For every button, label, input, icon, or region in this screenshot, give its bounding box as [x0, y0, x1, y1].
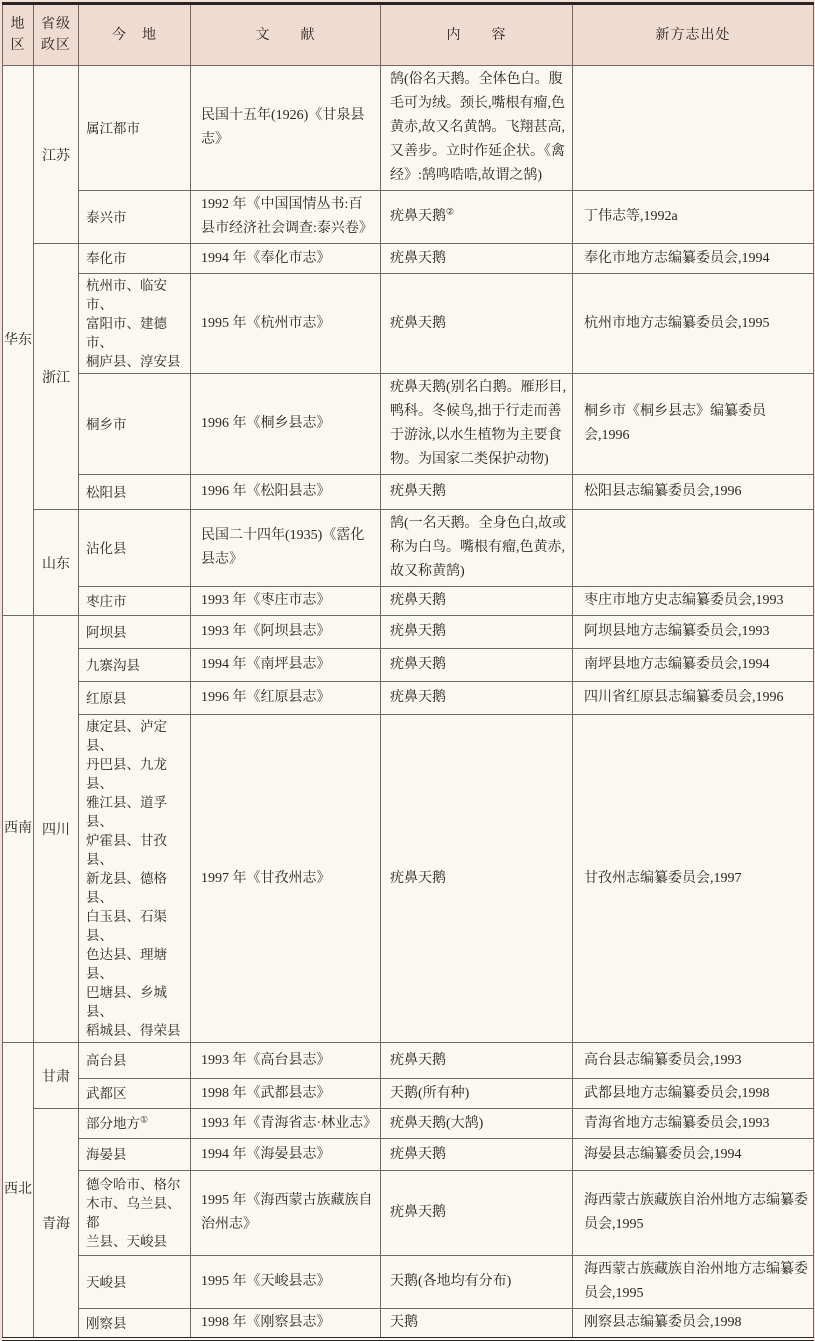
- content-cell: 天鹅(各地均有分布): [381, 1256, 573, 1309]
- source-cell: 甘孜州志编纂委员会,1997: [573, 715, 814, 1043]
- table-row: 西南 四川 阿坝县 1993 年《阿坝县志》 疣鼻天鹅 阿坝县地方志编纂委员会,…: [3, 616, 814, 649]
- place-cell: 天峻县: [79, 1256, 191, 1309]
- header-region: 地区: [3, 4, 34, 66]
- content-cell: 疣鼻天鹅: [381, 475, 573, 510]
- table-row: 康定县、泸定县、 丹巴县、九龙县、 雅江县、道孚县、 炉霍县、甘孜县、 新龙县、…: [3, 715, 814, 1043]
- place-cell: 高台县: [79, 1043, 191, 1079]
- header-row: 地区 省级政区 今 地 文 献 内 容 新方志出处: [3, 4, 814, 66]
- table-row: 红原县 1996 年《红原县志》 疣鼻天鹅 四川省红原县志编纂委员会,1996: [3, 682, 814, 715]
- content-cell: 天鹅: [381, 1309, 573, 1340]
- place-cell: 桐乡市: [79, 374, 191, 475]
- place-cell: 松阳县: [79, 475, 191, 510]
- content-cell: 疣鼻天鹅②: [381, 191, 573, 244]
- table-row: 德令哈市、格尔 木市、乌兰县、都 兰县、天峻县 1995 年《海西蒙古族藏族自治…: [3, 1171, 814, 1256]
- content-cell: 疣鼻天鹅: [381, 649, 573, 682]
- place-cell: 武都区: [79, 1079, 191, 1109]
- content-cell: 疣鼻天鹅: [381, 274, 573, 374]
- source-cell: 松阳县志编纂委员会,1996: [573, 475, 814, 510]
- literature-cell: 1994 年《奉化市志》: [191, 244, 381, 274]
- place-cell: 枣庄市: [79, 587, 191, 616]
- place-cell: 刚察县: [79, 1309, 191, 1340]
- source-cell: 桐乡市《桐乡县志》编纂委员会,1996: [573, 374, 814, 475]
- region-cell-huadong: 华东: [3, 66, 34, 616]
- content-cell: 疣鼻天鹅: [381, 715, 573, 1043]
- province-cell-gansu: 甘肃: [34, 1043, 79, 1109]
- table-row: 九寨沟县 1994 年《南坪县志》 疣鼻天鹅 南坪县地方志编纂委员会,1994: [3, 649, 814, 682]
- table-row: 海晏县 1994 年《海晏县志》 疣鼻天鹅 海晏县志编纂委员会,1994: [3, 1139, 814, 1171]
- place-cell: 泰兴市: [79, 191, 191, 244]
- source-cell: 杭州市地方志编纂委员会,1995: [573, 274, 814, 374]
- scanned-page: 地区 省级政区 今 地 文 献 内 容 新方志出处 华东 江苏 属江都市 民国十…: [0, 0, 815, 1341]
- province-cell-sichuan: 四川: [34, 616, 79, 1043]
- place-cell: 红原县: [79, 682, 191, 715]
- province-cell-qinghai: 青海: [34, 1109, 79, 1340]
- place-cell: 部分地方①: [79, 1109, 191, 1139]
- literature-cell: 1993 年《枣庄市志》: [191, 587, 381, 616]
- literature-cell: 1997 年《甘孜州志》: [191, 715, 381, 1043]
- content-cell: 疣鼻天鹅: [381, 244, 573, 274]
- place-cell: 沾化县: [79, 510, 191, 587]
- source-cell: 南坪县地方志编纂委员会,1994: [573, 649, 814, 682]
- region-cell-xinan: 西南: [3, 616, 34, 1043]
- table-row: 松阳县 1996 年《松阳县志》 疣鼻天鹅 松阳县志编纂委员会,1996: [3, 475, 814, 510]
- literature-cell: 1996 年《红原县志》: [191, 682, 381, 715]
- content-cell: 疣鼻天鹅: [381, 1139, 573, 1171]
- table-row: 泰兴市 1992 年《中国国情丛书:百县市经济社会调查:泰兴卷》 疣鼻天鹅② 丁…: [3, 191, 814, 244]
- place-cell: 杭州市、临安市、 富阳市、建德市、 桐庐县、淳安县: [79, 274, 191, 374]
- source-cell: 丁伟志等,1992a: [573, 191, 814, 244]
- literature-cell: 1995 年《天峻县志》: [191, 1256, 381, 1309]
- content-cell: 疣鼻天鹅: [381, 1043, 573, 1079]
- table-row: 青海 部分地方① 1993 年《青海省志·林业志》 疣鼻天鹅(大鹄) 青海省地方…: [3, 1109, 814, 1139]
- table-row: 枣庄市 1993 年《枣庄市志》 疣鼻天鹅 枣庄市地方史志编纂委员会,1993: [3, 587, 814, 616]
- literature-cell: 1993 年《青海省志·林业志》: [191, 1109, 381, 1139]
- content-cell: 疣鼻天鹅: [381, 682, 573, 715]
- source-cell: 四川省红原县志编纂委员会,1996: [573, 682, 814, 715]
- literature-cell: 1994 年《海晏县志》: [191, 1139, 381, 1171]
- literature-cell: 1993 年《高台县志》: [191, 1043, 381, 1079]
- place-text: 部分地方: [86, 1116, 140, 1131]
- header-province: 省级政区: [34, 4, 79, 66]
- place-cell: 康定县、泸定县、 丹巴县、九龙县、 雅江县、道孚县、 炉霍县、甘孜县、 新龙县、…: [79, 715, 191, 1043]
- place-cell: 阿坝县: [79, 616, 191, 649]
- table-row: 武都区 1998 年《武都县志》 天鹅(所有种) 武都县地方志编纂委员会,199…: [3, 1079, 814, 1109]
- footnote-mark: ②: [446, 206, 454, 216]
- content-cell: 鹄(一名天鹅。全身色白,故或称为白鸟。嘴根有瘤,色黄赤,故又称黄鹄): [381, 510, 573, 587]
- source-cell: 高台县志编纂委员会,1993: [573, 1043, 814, 1079]
- footnote-mark: ①: [140, 1115, 148, 1125]
- source-cell: 枣庄市地方史志编纂委员会,1993: [573, 587, 814, 616]
- literature-cell: 1995 年《杭州市志》: [191, 274, 381, 374]
- table-row: 华东 江苏 属江都市 民国十五年(1926)《甘泉县志》 鹄(俗名天鹅。全体色白…: [3, 66, 814, 191]
- header-content: 内 容: [381, 4, 573, 66]
- table-row: 桐乡市 1996 年《桐乡县志》 疣鼻天鹅(别名白鹅。雁形目,鸭科。冬候鸟,拙于…: [3, 374, 814, 475]
- literature-cell: 1998 年《武都县志》: [191, 1079, 381, 1109]
- header-place: 今 地: [79, 4, 191, 66]
- header-source: 新方志出处: [573, 4, 814, 66]
- content-cell: 疣鼻天鹅: [381, 616, 573, 649]
- source-cell: 海晏县志编纂委员会,1994: [573, 1139, 814, 1171]
- source-cell: 阿坝县地方志编纂委员会,1993: [573, 616, 814, 649]
- content-text: 疣鼻天鹅: [390, 209, 446, 224]
- source-cell: 武都县地方志编纂委员会,1998: [573, 1079, 814, 1109]
- place-cell: 海晏县: [79, 1139, 191, 1171]
- literature-cell: 1995 年《海西蒙古族藏族自治州志》: [191, 1171, 381, 1256]
- place-cell: 属江都市: [79, 66, 191, 191]
- literature-cell: 民国二十四年(1935)《霑化县志》: [191, 510, 381, 587]
- province-cell-shandong: 山东: [34, 510, 79, 616]
- source-cell: 刚察县志编纂委员会,1998: [573, 1309, 814, 1340]
- table-row: 浙江 奉化市 1994 年《奉化市志》 疣鼻天鹅 奉化市地方志编纂委员会,199…: [3, 244, 814, 274]
- place-cell: 九寨沟县: [79, 649, 191, 682]
- gazetteer-swan-records-table: 地区 省级政区 今 地 文 献 内 容 新方志出处 华东 江苏 属江都市 民国十…: [2, 2, 814, 1341]
- content-cell: 疣鼻天鹅: [381, 587, 573, 616]
- literature-cell: 1992 年《中国国情丛书:百县市经济社会调查:泰兴卷》: [191, 191, 381, 244]
- table-row: 西北 甘肃 高台县 1993 年《高台县志》 疣鼻天鹅 高台县志编纂委员会,19…: [3, 1043, 814, 1079]
- source-cell: 海西蒙古族藏族自治州地方志编纂委员会,1995: [573, 1256, 814, 1309]
- literature-cell: 1993 年《阿坝县志》: [191, 616, 381, 649]
- literature-cell: 1998 年《刚察县志》: [191, 1309, 381, 1340]
- province-cell-zhejiang: 浙江: [34, 244, 79, 510]
- province-cell-jiangsu: 江苏: [34, 66, 79, 244]
- content-cell: 天鹅(所有种): [381, 1079, 573, 1109]
- literature-cell: 1994 年《南坪县志》: [191, 649, 381, 682]
- literature-cell: 民国十五年(1926)《甘泉县志》: [191, 66, 381, 191]
- source-cell: [573, 510, 814, 587]
- place-cell: 德令哈市、格尔 木市、乌兰县、都 兰县、天峻县: [79, 1171, 191, 1256]
- header-literature: 文 献: [191, 4, 381, 66]
- table-row: 天峻县 1995 年《天峻县志》 天鹅(各地均有分布) 海西蒙古族藏族自治州地方…: [3, 1256, 814, 1309]
- source-cell: [573, 66, 814, 191]
- source-cell: 奉化市地方志编纂委员会,1994: [573, 244, 814, 274]
- region-cell-xibei: 西北: [3, 1043, 34, 1340]
- place-cell: 奉化市: [79, 244, 191, 274]
- table-row: 杭州市、临安市、 富阳市、建德市、 桐庐县、淳安县 1995 年《杭州市志》 疣…: [3, 274, 814, 374]
- source-cell: 青海省地方志编纂委员会,1993: [573, 1109, 814, 1139]
- table-row: 刚察县 1998 年《刚察县志》 天鹅 刚察县志编纂委员会,1998: [3, 1309, 814, 1340]
- content-cell: 鹄(俗名天鹅。全体色白。腹毛可为绒。颈长,嘴根有瘤,色黄赤,故又名黄鹄。飞翔甚高…: [381, 66, 573, 191]
- source-cell: 海西蒙古族藏族自治州地方志编纂委员会,1995: [573, 1171, 814, 1256]
- literature-cell: 1996 年《桐乡县志》: [191, 374, 381, 475]
- literature-cell: 1996 年《松阳县志》: [191, 475, 381, 510]
- content-cell: 疣鼻天鹅(大鹄): [381, 1109, 573, 1139]
- content-cell: 疣鼻天鹅(别名白鹅。雁形目,鸭科。冬候鸟,拙于行走而善于游泳,以水生植物为主要食…: [381, 374, 573, 475]
- table-row: 山东 沾化县 民国二十四年(1935)《霑化县志》 鹄(一名天鹅。全身色白,故或…: [3, 510, 814, 587]
- content-cell: 疣鼻天鹅: [381, 1171, 573, 1256]
